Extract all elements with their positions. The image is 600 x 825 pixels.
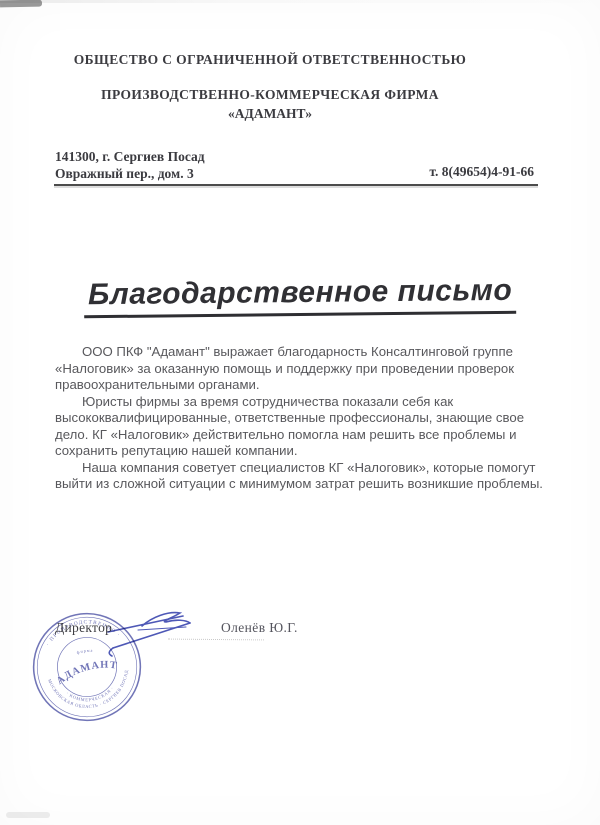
signature-stroke-dash (138, 627, 186, 630)
firm-name: «АДАМАНТ» (20, 106, 520, 122)
handwritten-signature (100, 592, 210, 662)
address-line-2: Овражный пер., дом. 3 (55, 165, 205, 182)
phone-number: т. 8(49654)4-91-66 (429, 164, 534, 180)
address-block: 141300, г. Сергиев Посад Овражный пер., … (55, 148, 205, 182)
body-paragraph-1: ООО ПКФ "Адамант" выражает благодарность… (55, 344, 553, 394)
org-type-line: ОБЩЕСТВО С ОГРАНИЧЕННОЙ ОТВЕТСТВЕННОСТЬЮ (20, 52, 520, 68)
letter-title: Благодарственное письмо (84, 274, 517, 319)
letter-body: ООО ПКФ "Адамант" выражает благодарность… (55, 344, 553, 493)
scanned-letter-page: ОБЩЕСТВО С ОГРАНИЧЕННОЙ ОТВЕТСТВЕННОСТЬЮ… (0, 0, 600, 825)
title-row: Благодарственное письмо (0, 276, 600, 316)
stamp-center-main-text: АДАМАНТ (53, 658, 121, 688)
scan-edge-haze (0, 0, 600, 3)
letterhead-rule (54, 184, 538, 186)
body-paragraph-2: Юристы фирмы за время сотрудничества пок… (55, 394, 553, 460)
svg-text:АДАМАНТ: АДАМАНТ (53, 658, 121, 688)
firm-line: ПРОИЗВОДСТВЕННО-КОММЕРЧЕСКАЯ ФИРМА (20, 87, 520, 103)
stamp-center-small-text: фирма (76, 647, 94, 655)
signature-stroke-tail (109, 648, 113, 656)
address-line-1: 141300, г. Сергиев Посад (55, 148, 205, 165)
scan-smudge-bottom-left (6, 812, 50, 818)
letterhead: ОБЩЕСТВО С ОГРАНИЧЕННОЙ ОТВЕТСТВЕННОСТЬЮ… (20, 52, 520, 122)
body-paragraph-3: Наша компания советует специалистов КГ «… (55, 460, 553, 493)
scan-smudge-top-left (0, 0, 42, 7)
signature-name: Оленёв Ю.Г. (221, 620, 298, 636)
signature-stroke-long (113, 623, 190, 648)
svg-text:фирма: фирма (76, 647, 94, 655)
